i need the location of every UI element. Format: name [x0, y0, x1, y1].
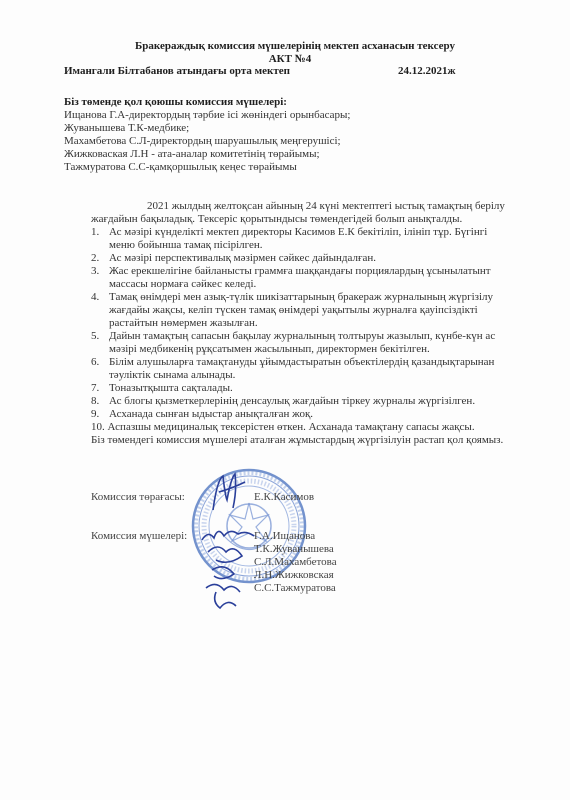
finding-number: 4.	[91, 291, 109, 304]
chair-name: Е.К.Касимов	[254, 491, 314, 503]
finding-number: 6.	[91, 356, 109, 369]
finding-number: 1.	[91, 226, 109, 239]
finding-number: 9.	[91, 408, 109, 421]
member-name: С.С.Тажмуратова	[254, 582, 336, 594]
document-title: Бракераждық комиссия мүшелерінің мектеп …	[0, 40, 570, 52]
finding-item: 10. Аспазшы медициналық тексерістен өтке…	[91, 421, 511, 434]
finding-text: Тамақ өнімдері мен азық-түлік шикізаттар…	[91, 291, 511, 330]
member-name: Т.К.Жуванышева	[254, 543, 334, 555]
finding-number: 5.	[91, 330, 109, 343]
finding-number: 7.	[91, 382, 109, 395]
member-line: Ищанова Г.А-директордың тәрбие ісі жөнін…	[64, 109, 350, 121]
members-signature-icon	[198, 522, 260, 612]
finding-text: Жас ерекшелігіне байланысты граммға шаққ…	[91, 265, 511, 291]
intro-paragraph: 2021 жылдың желтоқсан айының 24 күні мек…	[91, 200, 511, 226]
finding-number: 3.	[91, 265, 109, 278]
finding-text: Дайын тамақтың сапасын бақылау журналыны…	[91, 330, 511, 356]
document-page: Бракераждық комиссия мүшелерінің мектеп …	[0, 0, 570, 800]
finding-item: 9. Асханада сынған ыдыстар анықталған жо…	[91, 408, 511, 421]
finding-text: Асханада сынған ыдыстар анықталған жоқ.	[91, 408, 511, 421]
chair-signature-icon	[205, 470, 255, 515]
finding-number: 10.	[91, 421, 105, 433]
document-date: 24.12.2021ж	[398, 65, 455, 77]
finding-item: 5. Дайын тамақтың сапасын бақылау журнал…	[91, 330, 511, 356]
finding-item: 1. Ас мәзірі күнделікті мектеп директоры…	[91, 226, 511, 252]
finding-text: Білім алушыларға тамақтануды ұйымдастыра…	[91, 356, 511, 382]
member-line: Жижковаская Л.Н - ата-аналар комитетінің…	[64, 148, 320, 160]
finding-item: 2. Ас мәзірі перспективалық мәзірмен сәй…	[91, 252, 511, 265]
finding-item: 4. Тамақ өнімдері мен азық-түлік шикізат…	[91, 291, 511, 330]
finding-item: 6. Білім алушыларға тамақтануды ұйымдаст…	[91, 356, 511, 382]
finding-item: 8. Ас блогы қызметкерлерінің денсаулық ж…	[91, 395, 511, 408]
school-name: Имангали Білтабанов атындағы орта мектеп	[64, 65, 290, 77]
member-line: Тажмуратова С.С-қамқоршылық кеңес төрайы…	[64, 161, 297, 173]
finding-text: Ас мәзірі күнделікті мектеп директоры Ка…	[91, 226, 511, 252]
intro-text: 2021 жылдың желтоқсан айының 24 күні мек…	[91, 200, 505, 225]
finding-text: Ас мәзірі перспективалық мәзірмен сәйкес…	[91, 252, 511, 265]
finding-number: 8.	[91, 395, 109, 408]
finding-text: Ас блогы қызметкерлерінің денсаулық жағд…	[91, 395, 511, 408]
finding-item: 3. Жас ерекшелігіне байланысты граммға ш…	[91, 265, 511, 291]
members-heading: Біз төменде қол қоюшы комиссия мүшелері:	[64, 96, 287, 108]
finding-text: Тоназытқышта сақталады.	[91, 382, 511, 395]
finding-item: 7. Тоназытқышта сақталады.	[91, 382, 511, 395]
member-name: Л.Н.Жижковская	[254, 569, 334, 581]
finding-number: 2.	[91, 252, 109, 265]
chair-label: Комиссия төрағасы:	[91, 491, 185, 503]
closing-paragraph: Біз төмендегі комиссия мүшелері аталған …	[91, 434, 511, 447]
members-label: Комиссия мүшелері:	[91, 530, 187, 542]
member-name: С.Л.Махамбетова	[254, 556, 337, 568]
member-line: Жуванышева Т.К-медбике;	[64, 122, 189, 134]
member-name: Г.А.Ищанова	[254, 530, 315, 542]
act-number: АКТ №4	[0, 53, 570, 65]
school-date-row: Имангали Білтабанов атындағы орта мектеп…	[64, 65, 484, 77]
finding-text: Аспазшы медициналық тексерістен өткен. А…	[108, 421, 475, 433]
member-line: Махамбетова С.Л-директордың шаруашылық м…	[64, 135, 341, 147]
